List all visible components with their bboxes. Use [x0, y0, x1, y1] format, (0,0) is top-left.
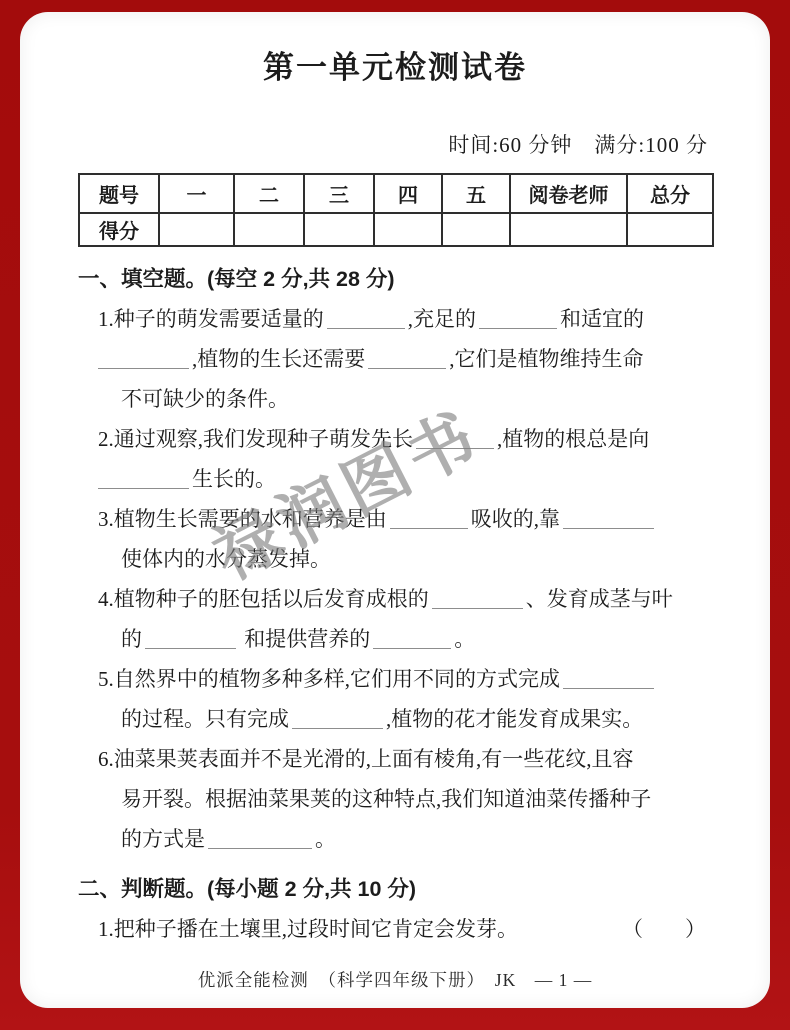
section-heading-true-false: 二、判断题。(每小题 2 分,共 10 分)	[78, 869, 712, 909]
blank-line	[432, 586, 523, 609]
question-line: 4.植物种子的胚包括以后发育成根的、发育成茎与叶	[98, 579, 712, 619]
score-cell-empty	[234, 213, 304, 246]
score-table-score-row: 得分	[79, 213, 713, 246]
section-heading-fill-blanks: 一、填空题。(每空 2 分,共 28 分)	[78, 259, 712, 299]
exam-meta-time-score: 时间:60 分钟 满分:100 分	[78, 129, 712, 159]
question-text: 1.把种子播在土壤里,过段时间它肯定会发芽。	[98, 909, 518, 949]
question-line: 不可缺少的条件。	[121, 379, 712, 419]
blank-line	[208, 826, 312, 849]
score-table-header-cell: 五	[442, 174, 510, 213]
score-table-header-cell: 一	[159, 174, 234, 213]
question-line: 2.通过观察,我们发现种子萌发先长,植物的根总是向	[98, 419, 712, 459]
score-cell-empty	[374, 213, 442, 246]
score-cell-empty	[304, 213, 374, 246]
question-line: 的方式是。	[121, 819, 712, 859]
score-table-header-cell: 三	[304, 174, 374, 213]
page-title: 第一单元检测试卷	[78, 42, 712, 87]
question-line: 3.植物生长需要的水和营养是由吸收的,靠	[98, 499, 712, 539]
question-line: 的 和提供营养的。	[121, 619, 712, 659]
score-cell-empty	[442, 213, 510, 246]
question-line: 生长的。	[95, 459, 712, 499]
question-line: 的过程。只有完成,植物的花才能发育成果实。	[121, 699, 712, 739]
score-table: 题号 一 二 三 四 五 阅卷老师 总分 得分	[78, 173, 714, 247]
blank-line	[292, 706, 383, 729]
score-cell-empty	[627, 213, 713, 246]
score-table-header-row: 题号 一 二 三 四 五 阅卷老师 总分	[79, 174, 713, 213]
answer-parentheses: （ ）	[622, 909, 706, 949]
question-line: 1.种子的萌发需要适量的,充足的和适宜的	[98, 299, 712, 339]
score-table-header-cell: 总分	[627, 174, 713, 213]
blank-line	[145, 626, 236, 649]
exam-paper-page: 第一单元检测试卷 时间:60 分钟 满分:100 分 题号 一 二 三 四 五 …	[20, 12, 770, 1008]
question-line: 6.油菜果荚表面并不是光滑的,上面有棱角,有一些花纹,且容	[98, 739, 712, 779]
exam-body: 一、填空题。(每空 2 分,共 28 分) 1.种子的萌发需要适量的,充足的和适…	[78, 259, 712, 949]
score-cell-empty	[159, 213, 234, 246]
page-content: 第一单元检测试卷 时间:60 分钟 满分:100 分 题号 一 二 三 四 五 …	[78, 12, 712, 949]
page-footer: 优派全能检测 （科学四年级下册） JK — 1 —	[20, 967, 770, 992]
score-table-header-cell: 阅卷老师	[510, 174, 627, 213]
blank-line	[390, 506, 468, 529]
blank-line	[98, 466, 189, 489]
blank-line	[563, 506, 654, 529]
blank-line	[563, 666, 654, 689]
blank-line	[327, 306, 405, 329]
question-line: 使体内的水分蒸发掉。	[121, 539, 712, 579]
score-table-header-cell: 题号	[79, 174, 159, 213]
score-row-label: 得分	[79, 213, 159, 246]
question-line: ,植物的生长还需要,它们是植物维持生命	[95, 339, 712, 379]
blank-line	[416, 426, 494, 449]
question-line: 易开裂。根据油菜果荚的这种特点,我们知道油菜传播种子	[121, 779, 712, 819]
question-line: 5.自然界中的植物多种多样,它们用不同的方式完成	[98, 659, 712, 699]
blank-line	[98, 346, 189, 369]
blank-line	[368, 346, 446, 369]
blank-line	[373, 626, 451, 649]
score-table-header-cell: 四	[374, 174, 442, 213]
blank-line	[479, 306, 557, 329]
score-table-header-cell: 二	[234, 174, 304, 213]
judge-question-line: 1.把种子播在土壤里,过段时间它肯定会发芽。 （ ）	[98, 909, 712, 949]
score-cell-empty	[510, 213, 627, 246]
